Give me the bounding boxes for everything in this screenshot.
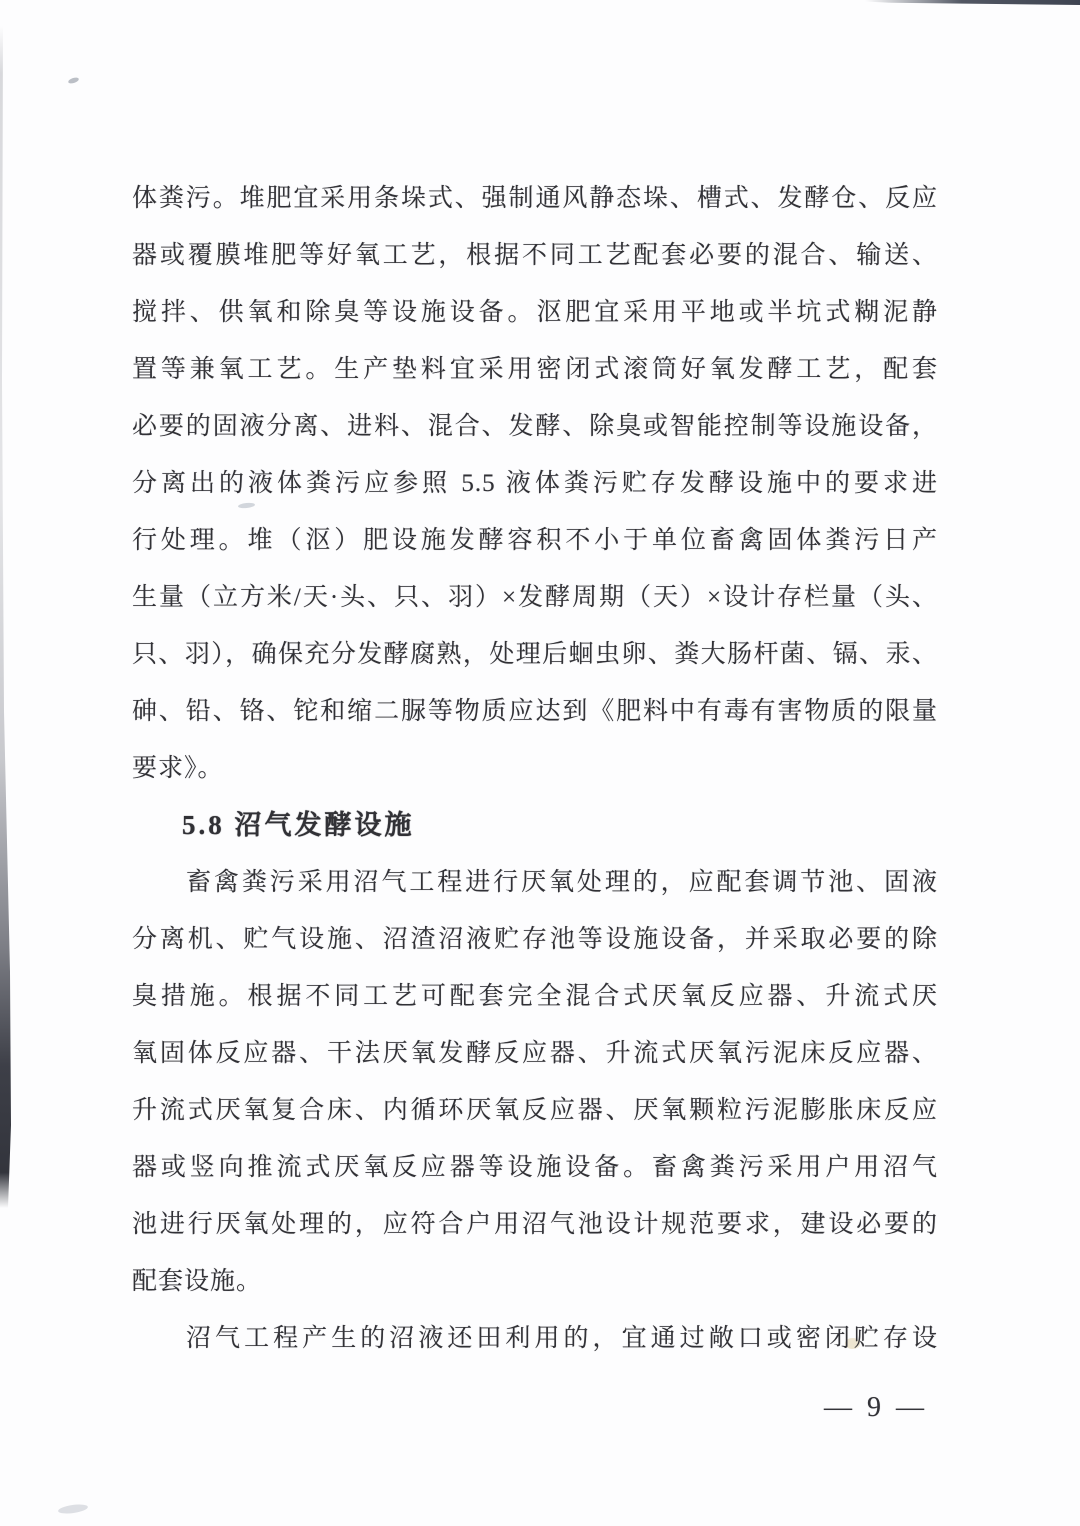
text-line: 只、羽），确保充分发酵腐熟，处理后蛔虫卵、粪大肠杆菌、镉、汞、: [132, 626, 938, 683]
text-line: 行处理。堆（沤）肥设施发酵容积不小于单位畜禽固体粪污日产: [132, 512, 938, 569]
page-number: — 9 —: [824, 1386, 928, 1430]
text-line: 置等兼氧工艺。生产垫料宜采用密闭式滚筒好氧发酵工艺，配套: [132, 341, 938, 398]
text-line: 器或覆膜堆肥等好氧工艺，根据不同工艺配套必要的混合、输送、: [132, 227, 938, 284]
text-line: 分离机、贮气设施、沼渣沼液贮存池等设施设备，并采取必要的除: [132, 911, 938, 968]
text-line: 沼气工程产生的沼液还田利用的，宜通过敞口或密闭贮存设: [132, 1310, 938, 1367]
text-line: 搅拌、供氧和除臭等设施设备。沤肥宜采用平地或半坑式糊泥静: [132, 284, 938, 341]
text-line: 分离出的液体粪污应参照 5.5 液体粪污贮存发酵设施中的要求进: [132, 455, 938, 512]
text-block: 体粪污。堆肥宜采用条垛式、强制通风静态垛、槽式、发酵仓、反应器或覆膜堆肥等好氧工…: [132, 170, 938, 1367]
text-line: 氧固体反应器、干法厌氧发酵反应器、升流式厌氧污泥床反应器、: [132, 1025, 938, 1082]
text-line: 配套设施。: [132, 1253, 938, 1310]
text-line: 畜禽粪污采用沼气工程进行厌氧处理的，应配套调节池、固液: [132, 854, 938, 911]
section-heading: 5.8 沼气发酵设施: [132, 797, 938, 854]
text-line: 要求》。: [132, 740, 938, 797]
text-line: 池进行厌氧处理的，应符合户用沼气池设计规范要求，建设必要的: [132, 1196, 938, 1253]
text-line: 必要的固液分离、进料、混合、发酵、除臭或智能控制等设施设备，: [132, 398, 938, 455]
text-line: 生量（立方米/天·头、只、羽）×发酵周期（天）×设计存栏量（头、: [132, 569, 938, 626]
document-page: 体粪污。堆肥宜采用条垛式、强制通风静态垛、槽式、发酵仓、反应器或覆膜堆肥等好氧工…: [0, 0, 1080, 1526]
text-line: 砷、铅、铬、铊和缩二脲等物质应达到《肥料中有毒有害物质的限量: [132, 683, 938, 740]
scan-speck: [67, 76, 79, 84]
text-line: 器或竖向推流式厌氧反应器等设施设备。畜禽粪污采用户用沼气: [132, 1139, 938, 1196]
scan-artifact-left-edge: [0, 26, 11, 1208]
text-line: 臭措施。根据不同工艺可配套完全混合式厌氧反应器、升流式厌: [132, 968, 938, 1025]
scan-artifact-top-right: [865, 0, 1080, 5]
text-line: 升流式厌氧复合床、内循环厌氧反应器、厌氧颗粒污泥膨胀床反应: [132, 1082, 938, 1139]
scan-speck: [58, 1503, 89, 1515]
text-line: 体粪污。堆肥宜采用条垛式、强制通风静态垛、槽式、发酵仓、反应: [132, 170, 938, 227]
